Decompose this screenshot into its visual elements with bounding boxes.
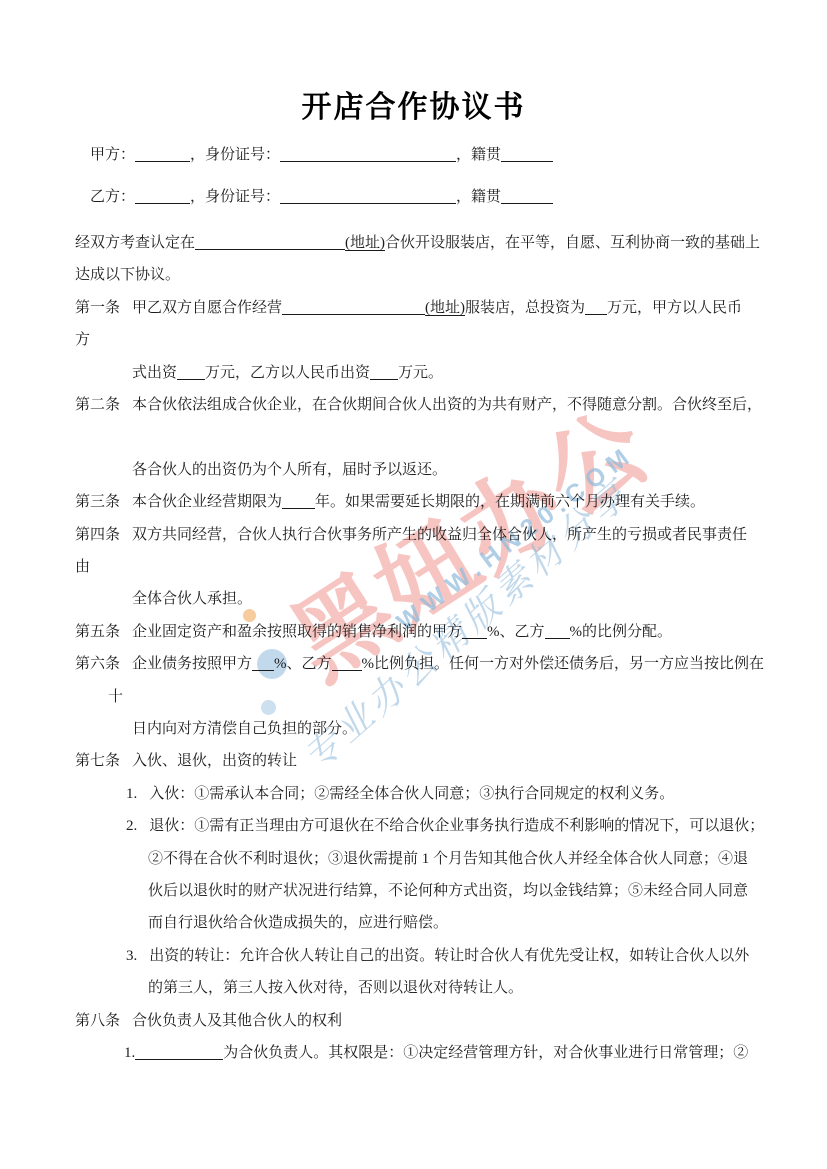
text-run: 退伙：①需有正当理由方可退伙在不给合伙企业事务执行造成不利影响的情况下，可以退伙…	[149, 815, 764, 837]
clause-1-line-3: 式出资万元，乙方以人民币出资万元。	[132, 362, 443, 384]
text-run: 入伙、退伙，出资的转让	[132, 750, 297, 772]
text-run: 全体合伙人承担。	[132, 588, 252, 610]
label-gap	[120, 764, 132, 765]
text-run: ，籍贯	[456, 144, 501, 166]
text-run: 第二条	[75, 394, 120, 416]
blank-fill-in-field	[177, 363, 205, 380]
intro-line-1: 经双方考查认定在(地址)合伙开设服装店，在平等，自愿、互利协商一致的基础上	[75, 232, 760, 254]
text-run: ②不得在合伙不利时退伙；③退伙需提前 1 个月告知其他合伙人并经全体合伙人同意；…	[148, 848, 748, 870]
blank-fill-in-field	[501, 145, 553, 162]
text-run: 1.	[126, 783, 137, 805]
text-run: ，籍贯	[456, 186, 501, 208]
clause-8-item-1: 1.为合伙负责人。其权限是：①决定经营管理方针，对合伙事业进行日常管理；②	[124, 1042, 748, 1064]
text-run: 第一条	[75, 297, 120, 319]
blank-fill-in-field	[135, 1043, 223, 1060]
blank-fill-in-field	[332, 654, 362, 671]
text-run: 经双方考查认定在	[75, 232, 195, 254]
blank-fill-in-field	[135, 145, 190, 162]
label-gap	[120, 505, 132, 506]
text-run: 万元。	[398, 362, 443, 384]
text-run: ，身份证号：	[190, 144, 280, 166]
clause-1-line-2: 方	[75, 329, 90, 351]
watermark-dot-icon	[261, 700, 276, 715]
text-run: 式出资	[132, 362, 177, 384]
text-run: 服装店，总投资为	[465, 297, 585, 319]
text-run: 1.	[124, 1042, 135, 1064]
text-run: 方	[75, 329, 90, 351]
clause-6-line-3: 日内向对方清偿自己负担的部分。	[132, 718, 357, 740]
clause-4-line-1: 第四条双方共同经营，合伙人执行合伙事务所产生的收益归全体合伙人，所产生的亏损或者…	[75, 524, 747, 546]
text-run: 的第三人，第三人按入伙对待，否则以退伙对待转让人。	[148, 977, 523, 999]
clause-3-line-1: 第三条本合伙企业经营期限为年。如果需要延长期限的，在期满前六个月办理有关手续。	[75, 491, 705, 513]
text-run: 为合伙负责人。其权限是：①决定经营管理方针，对合伙事业进行日常管理；②	[223, 1042, 748, 1064]
clause-7-item-1: 1.入伙：①需承认本合同；②需经全体合伙人同意；③执行合同规定的权利义务。	[126, 783, 674, 805]
blank-fill-in-field	[462, 622, 487, 639]
clause-2-line-2: 各合伙人的出资仍为个人所有，届时予以返还。	[132, 459, 447, 481]
clause-7-line-1: 第七条入伙、退伙，出资的转让	[75, 750, 297, 772]
blank-fill-in-field	[585, 298, 607, 315]
blank-fill-in-field	[135, 187, 190, 204]
clause-4-line-2: 由	[75, 556, 90, 578]
blank-fill-in-field	[195, 233, 345, 250]
clause-2-line-1: 第二条本合伙依法组成合伙企业，在合伙期间合伙人出资的为共有财产，不得随意分割。合…	[75, 394, 762, 416]
text-run: %、乙方	[487, 621, 545, 643]
document-title: 开店合作协议书	[0, 82, 827, 126]
text-run: 企业固定资产和盈余按照取得的销售净利润的甲方	[132, 621, 462, 643]
text-run: 2.	[126, 815, 137, 837]
text-run: 各合伙人的出资仍为个人所有，届时予以返还。	[132, 459, 447, 481]
blank-fill-in-field	[282, 298, 425, 315]
text-run: 而自行退伙给合伙造成损失的，应进行赔偿。	[148, 912, 448, 934]
text-run: 日内向对方清偿自己负担的部分。	[132, 718, 357, 740]
text-run: 年。如果需要延长期限的，在期满前六个月办理有关手续。	[315, 491, 705, 513]
text-run: 第五条	[75, 621, 120, 643]
text-run: 本合伙依法组成合伙企业，在合伙期间合伙人出资的为共有财产，不得随意分割。合伙终至…	[132, 394, 762, 416]
text-run: 第六条	[75, 653, 120, 675]
document-page: 黑妞办公 WWW.HN20.COM 专业办公精版素材分享 开店合作协议书 甲方：…	[0, 0, 827, 1169]
label-gap	[120, 667, 132, 668]
text-run: 万元，甲方以人民币	[607, 297, 742, 319]
text-run: 出资的转让：允许合伙人转让自己的出资。转让时合伙人有优先受让权，如转让合伙人以外	[149, 945, 749, 967]
text-run: 达成以下协议。	[75, 264, 180, 286]
party-line-yifang: 乙方：，身份证号：，籍贯	[90, 186, 553, 208]
text-run: 第八条	[75, 1010, 120, 1032]
text-run: 乙方：	[90, 186, 135, 208]
text-run: %的比例分配。	[570, 621, 673, 643]
blank-fill-in-field	[370, 363, 398, 380]
text-run: 甲乙双方自愿合作经营	[132, 297, 282, 319]
text-run: 第七条	[75, 750, 120, 772]
party-line-jiafang: 甲方：，身份证号：，籍贯	[90, 144, 553, 166]
clause-7-item-2-line-3: 伙后以退伙时的财产状况进行结算，不论何种方式出资，均以金钱结算；⑤未经合同人同意	[148, 880, 748, 902]
clause-8-line-1: 第八条合伙负责人及其他合伙人的权利	[75, 1010, 342, 1032]
clause-7-item-2-line-2: ②不得在合伙不利时退伙；③退伙需提前 1 个月告知其他合伙人并经全体合伙人同意；…	[148, 848, 748, 870]
clause-7-item-3-line-1: 3.出资的转让：允许合伙人转让自己的出资。转让时合伙人有优先受让权，如转让合伙人…	[126, 945, 749, 967]
label-gap	[120, 1024, 132, 1025]
blank-fill-in-field	[252, 654, 274, 671]
clause-4-line-3: 全体合伙人承担。	[132, 588, 252, 610]
blank-fill-in-field	[280, 187, 456, 204]
blank-fill-in-field	[282, 492, 315, 509]
label-gap	[120, 408, 132, 409]
label-gap	[120, 538, 132, 539]
text-run: 由	[75, 556, 90, 578]
label-gap	[120, 635, 132, 636]
text-run: 第三条	[75, 491, 120, 513]
clause-7-item-2-line-4: 而自行退伙给合伙造成损失的，应进行赔偿。	[148, 912, 448, 934]
label-gap	[137, 829, 149, 830]
text-run: 企业债务按照甲方	[132, 653, 252, 675]
text-run: 合伙开设服装店，在平等，自愿、互利协商一致的基础上	[385, 232, 760, 254]
text-run: 十	[108, 686, 123, 708]
text-run: 入伙：①需承认本合同；②需经全体合伙人同意；③执行合同规定的权利义务。	[149, 783, 674, 805]
text-run: 第四条	[75, 524, 120, 546]
label-gap	[120, 311, 132, 312]
text-run: ，身份证号：	[190, 186, 280, 208]
clause-7-item-3-line-2: 的第三人，第三人按入伙对待，否则以退伙对待转让人。	[148, 977, 523, 999]
text-run: %比例负担。任何一方对外偿还债务后，另一方应当按比例在	[362, 653, 765, 675]
underlined-label: (地址)	[425, 297, 465, 319]
clause-5-line-1: 第五条企业固定资产和盈余按照取得的销售净利润的甲方%、乙方%的比例分配。	[75, 621, 672, 643]
text-run: 双方共同经营，合伙人执行合伙事务所产生的收益归全体合伙人，所产生的亏损或者民事责…	[132, 524, 747, 546]
underlined-label: (地址)	[345, 232, 385, 254]
label-gap	[137, 797, 149, 798]
text-run: 合伙负责人及其他合伙人的权利	[132, 1010, 342, 1032]
text-run: 3.	[126, 945, 137, 967]
text-run: 伙后以退伙时的财产状况进行结算，不论何种方式出资，均以金钱结算；⑤未经合同人同意	[148, 880, 748, 902]
blank-fill-in-field	[545, 622, 570, 639]
blank-fill-in-field	[501, 187, 553, 204]
text-run: %、乙方	[274, 653, 332, 675]
text-run: 本合伙企业经营期限为	[132, 491, 282, 513]
label-gap	[137, 959, 149, 960]
blank-fill-in-field	[280, 145, 456, 162]
text-run: 甲方：	[90, 144, 135, 166]
clause-7-item-2-line-1: 2.退伙：①需有正当理由方可退伙在不给合伙企业事务执行造成不利影响的情况下，可以…	[126, 815, 764, 837]
clause-6-line-1: 第六条企业债务按照甲方%、乙方%比例负担。任何一方对外偿还债务后，另一方应当按比…	[75, 653, 764, 675]
text-run: 万元，乙方以人民币出资	[205, 362, 370, 384]
clause-6-line-2: 十	[108, 686, 123, 708]
intro-line-2: 达成以下协议。	[75, 264, 180, 286]
clause-1-line-1: 第一条甲乙双方自愿合作经营(地址)服装店，总投资为万元，甲方以人民币	[75, 297, 742, 319]
